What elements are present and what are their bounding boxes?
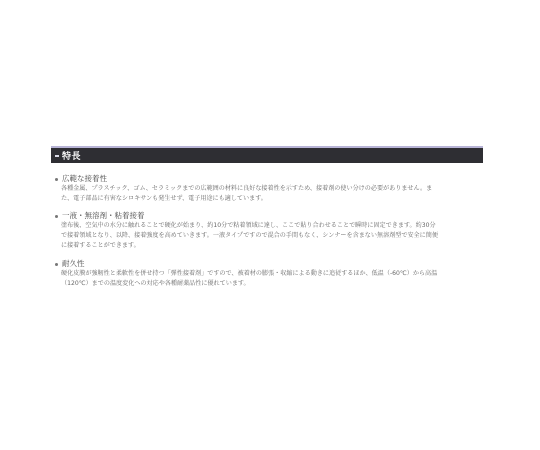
feature-section-one-part: 一液・無溶剤・粘着接着 塗布後、空気中の水分に触れることで硬化が始まり、約10分… [55,211,481,251]
features-panel: 特長 広範な接着性 各種金属、プラスチック、ゴム、セラミックまでの広範囲の材料に… [51,146,483,163]
description-line: に接着することができます。 [61,241,481,251]
features-header: 特長 [51,146,483,163]
feature-section-durability: 耐久性 硬化皮膜が強靭性と柔軟性を併せ持つ「弾性接着剤」ですので、被着材の膨張・… [55,259,481,289]
description-line: 塗布後、空気中の水分に触れることで硬化が始まり、約10分で粘着領域に達し、ここで… [61,221,481,231]
feature-heading-text: 広範な接着性 [62,174,107,184]
description-line: 硬化皮膜が強靭性と柔軟性を併せ持つ「弾性接着剤」ですので、被着材の膨張・収縮によ… [61,269,481,279]
feature-heading: 耐久性 [55,259,481,269]
feature-heading: 広範な接着性 [55,174,481,184]
features-title: 特長 [62,149,81,162]
feature-heading: 一液・無溶剤・粘着接着 [55,211,481,221]
bullet-icon [55,178,58,181]
feature-description: 硬化皮膜が強靭性と柔軟性を併せ持つ「弾性接着剤」ですので、被着材の膨張・収縮によ… [55,269,481,289]
description-line: で接着領域となり、以降、接着強度を高めていきます。一液タイプですので混合の手間も… [61,231,481,241]
bullet-icon [55,263,58,266]
feature-heading-text: 耐久性 [62,259,85,269]
description-line: 各種金属、プラスチック、ゴム、セラミックまでの広範囲の材料に良好な接着性を示すた… [61,184,481,194]
description-line: （120℃）までの温度変化への対応や各種耐薬品性に優れています。 [61,279,481,289]
feature-description: 各種金属、プラスチック、ゴム、セラミックまでの広範囲の材料に良好な接着性を示すた… [55,184,481,204]
feature-description: 塗布後、空気中の水分に触れることで硬化が始まり、約10分で粘着領域に達し、ここで… [55,221,481,251]
feature-heading-text: 一液・無溶剤・粘着接着 [62,211,145,221]
feature-section-adhesion: 広範な接着性 各種金属、プラスチック、ゴム、セラミックまでの広範囲の材料に良好な… [55,174,481,204]
bullet-icon [55,215,58,218]
dash-icon [55,155,59,157]
description-line: た、電子部品に有害なシロキサンも発生せず、電子用途にも適しています。 [61,194,481,204]
